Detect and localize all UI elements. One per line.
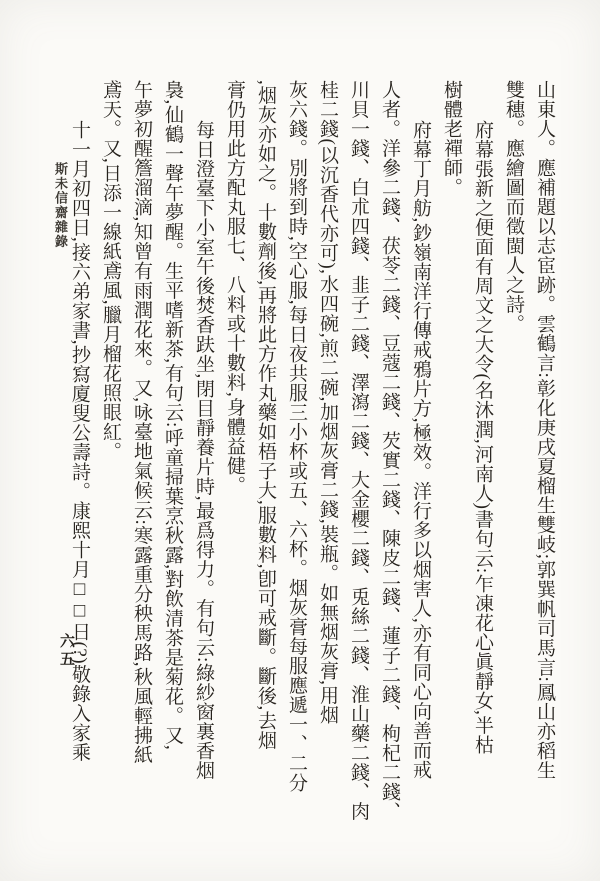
text-column: 十一月初四日,接六弟家書,抄寫廈叟公壽詩。康熙十月□□日(?)敬錄入家乘 (64, 80, 95, 861)
text-column: ,烟灰亦如之。十數劑後,再將此方作丸藥如梧子大,服數料,卽可戒斷。斷後,去烟 (250, 80, 281, 861)
text-column: 雙穗。應繪圖而徵閩人之詩。 (498, 80, 529, 861)
page-content: 山東人。應補題以志宦跡。雲鶴言:彰化庚戌夏榴生雙岐;郭巽帆司馬言:鳳山亦稻生 雙… (64, 80, 560, 861)
text-column: 桂二錢(以沉香代亦可),水四碗,煎二碗,加烟灰膏二錢,裝瓶。如無烟灰膏,用烟 (312, 80, 343, 861)
text-column: 午夢初醒簷溜滴,知曾有雨潤花來。又,咏臺地氣候云:寒露重分秧馬路,秋風輕拂紙 (126, 80, 157, 861)
text-column: 川貝一錢、白朮四錢、韭子二錢、澤瀉二錢、大金櫻二錢、兎絲二錢、淮山藥二錢、肉 (343, 80, 374, 861)
text-column: 府幕丁月舫,鈔嶺南洋行傳戒鴉片方,極效。洋行多以烟害人,亦有同心向善而戒 (405, 80, 436, 861)
text-column: 裊,仙鶴一聲午夢醒。生平嗜新茶,有句云:呼童掃葉烹秋露,對飲清茶是菊花。又, (157, 80, 188, 861)
text-column: 膏仍用此方配丸服七、八料或十數料,身體益健。 (219, 80, 250, 861)
text-column: 山東人。應補題以志宦跡。雲鶴言:彰化庚戌夏榴生雙岐;郭巽帆司馬言:鳳山亦稻生 (529, 80, 560, 861)
text-column: 鳶天。又,日添一線紙鳶風,臘月榴花照眼紅。 (95, 80, 126, 861)
text-column: 每日澄臺下小室午後焚香趺坐,閉目靜養片時,最爲得力。有句云:綠紗窗裏香烟 (188, 80, 219, 861)
text-column: 灰六錢。別將到時,空心服,每日夜共服三小杯或五、六杯。烟灰膏每服應遞一、二分 (281, 80, 312, 861)
book-page: 斯未信齋雜錄 六五 山東人。應補題以志宦跡。雲鶴言:彰化庚戌夏榴生雙岐;郭巽帆司… (0, 0, 600, 881)
text-column: 樹體老禪師。 (436, 80, 467, 861)
text-column: 府幕張新之便面有周文之大令(名沐潤,河南人)書句云:乍凍花心眞靜女,半枯 (467, 80, 498, 861)
text-column: 人者。洋參二錢、茯苓二錢、豆蔻二錢、芡實二錢、陳皮二錢、蓮子二錢、枸杞二錢、 (374, 80, 405, 861)
